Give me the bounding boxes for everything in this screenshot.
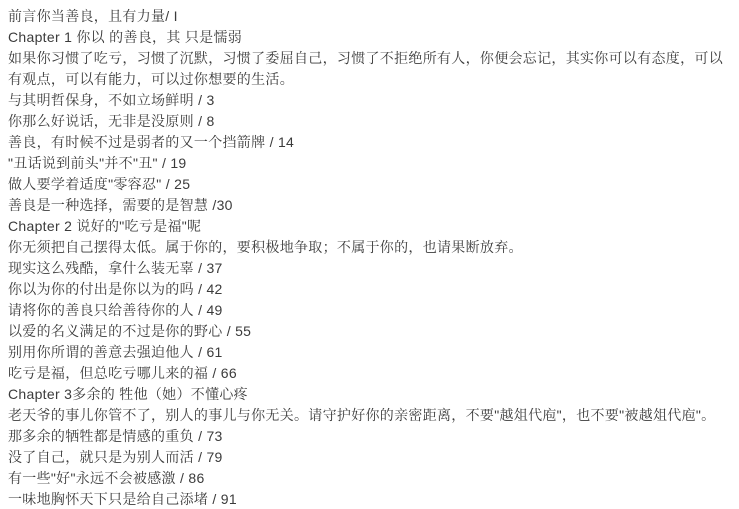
chapter-1-intro: 如果你习惯了吃亏，习惯了沉默，习惯了委屈自己，习惯了不拒绝所有人，你便会忘记，其… bbox=[8, 48, 729, 90]
toc-page: 前言你当善良，且有力量/ I Chapter 1 你以 的善良，其 只是懦弱 如… bbox=[0, 0, 739, 509]
toc-entry: "丑话说到前头"并不"丑" / 19 bbox=[8, 153, 729, 174]
toc-entry: 你那么好说话，无非是没原则 / 8 bbox=[8, 111, 729, 132]
toc-entry: 做人要学着适度"零容忍" / 25 bbox=[8, 174, 729, 195]
toc-entry: 有一些"好"永远不会被感激 / 86 bbox=[8, 468, 729, 489]
toc-entry: 请将你的善良只给善待你的人 / 49 bbox=[8, 300, 729, 321]
toc-entry: 那多余的牺牲都是情感的重负 / 73 bbox=[8, 426, 729, 447]
chapter-3-intro: 老天爷的事儿你管不了，别人的事儿与你无关。请守护好你的亲密距离，不要"越俎代庖"… bbox=[8, 405, 729, 426]
toc-entry: 善良，有时候不过是弱者的又一个挡箭牌 / 14 bbox=[8, 132, 729, 153]
toc-entry: 别用你所谓的善意去强迫他人 / 61 bbox=[8, 342, 729, 363]
chapter-1-title: Chapter 1 你以 的善良，其 只是懦弱 bbox=[8, 27, 729, 48]
toc-entry: 吃亏是福，但总吃亏哪儿来的福 / 66 bbox=[8, 363, 729, 384]
chapter-3-title: Chapter 3多余的 牲他（她）不懂心疼 bbox=[8, 384, 729, 405]
chapter-2-title: Chapter 2 说好的"吃亏是福"呢 bbox=[8, 216, 729, 237]
chapter-2-intro: 你无须把自己摆得太低。属于你的，要积极地争取；不属于你的，也请果断放弃。 bbox=[8, 237, 729, 258]
toc-entry: 现实这么残酷，拿什么装无辜 / 37 bbox=[8, 258, 729, 279]
toc-entry: 没了自己，就只是为别人而活 / 79 bbox=[8, 447, 729, 468]
preface-line: 前言你当善良，且有力量/ I bbox=[8, 6, 729, 27]
toc-entry: 一味地胸怀天下只是给自己添堵 / 91 bbox=[8, 489, 729, 509]
toc-entry: 你以为你的付出是你以为的吗 / 42 bbox=[8, 279, 729, 300]
toc-entry: 以爱的名义满足的不过是你的野心 / 55 bbox=[8, 321, 729, 342]
toc-entry: 善良是一种选择，需要的是智慧 /30 bbox=[8, 195, 729, 216]
toc-entry: 与其明哲保身，不如立场鲜明 / 3 bbox=[8, 90, 729, 111]
